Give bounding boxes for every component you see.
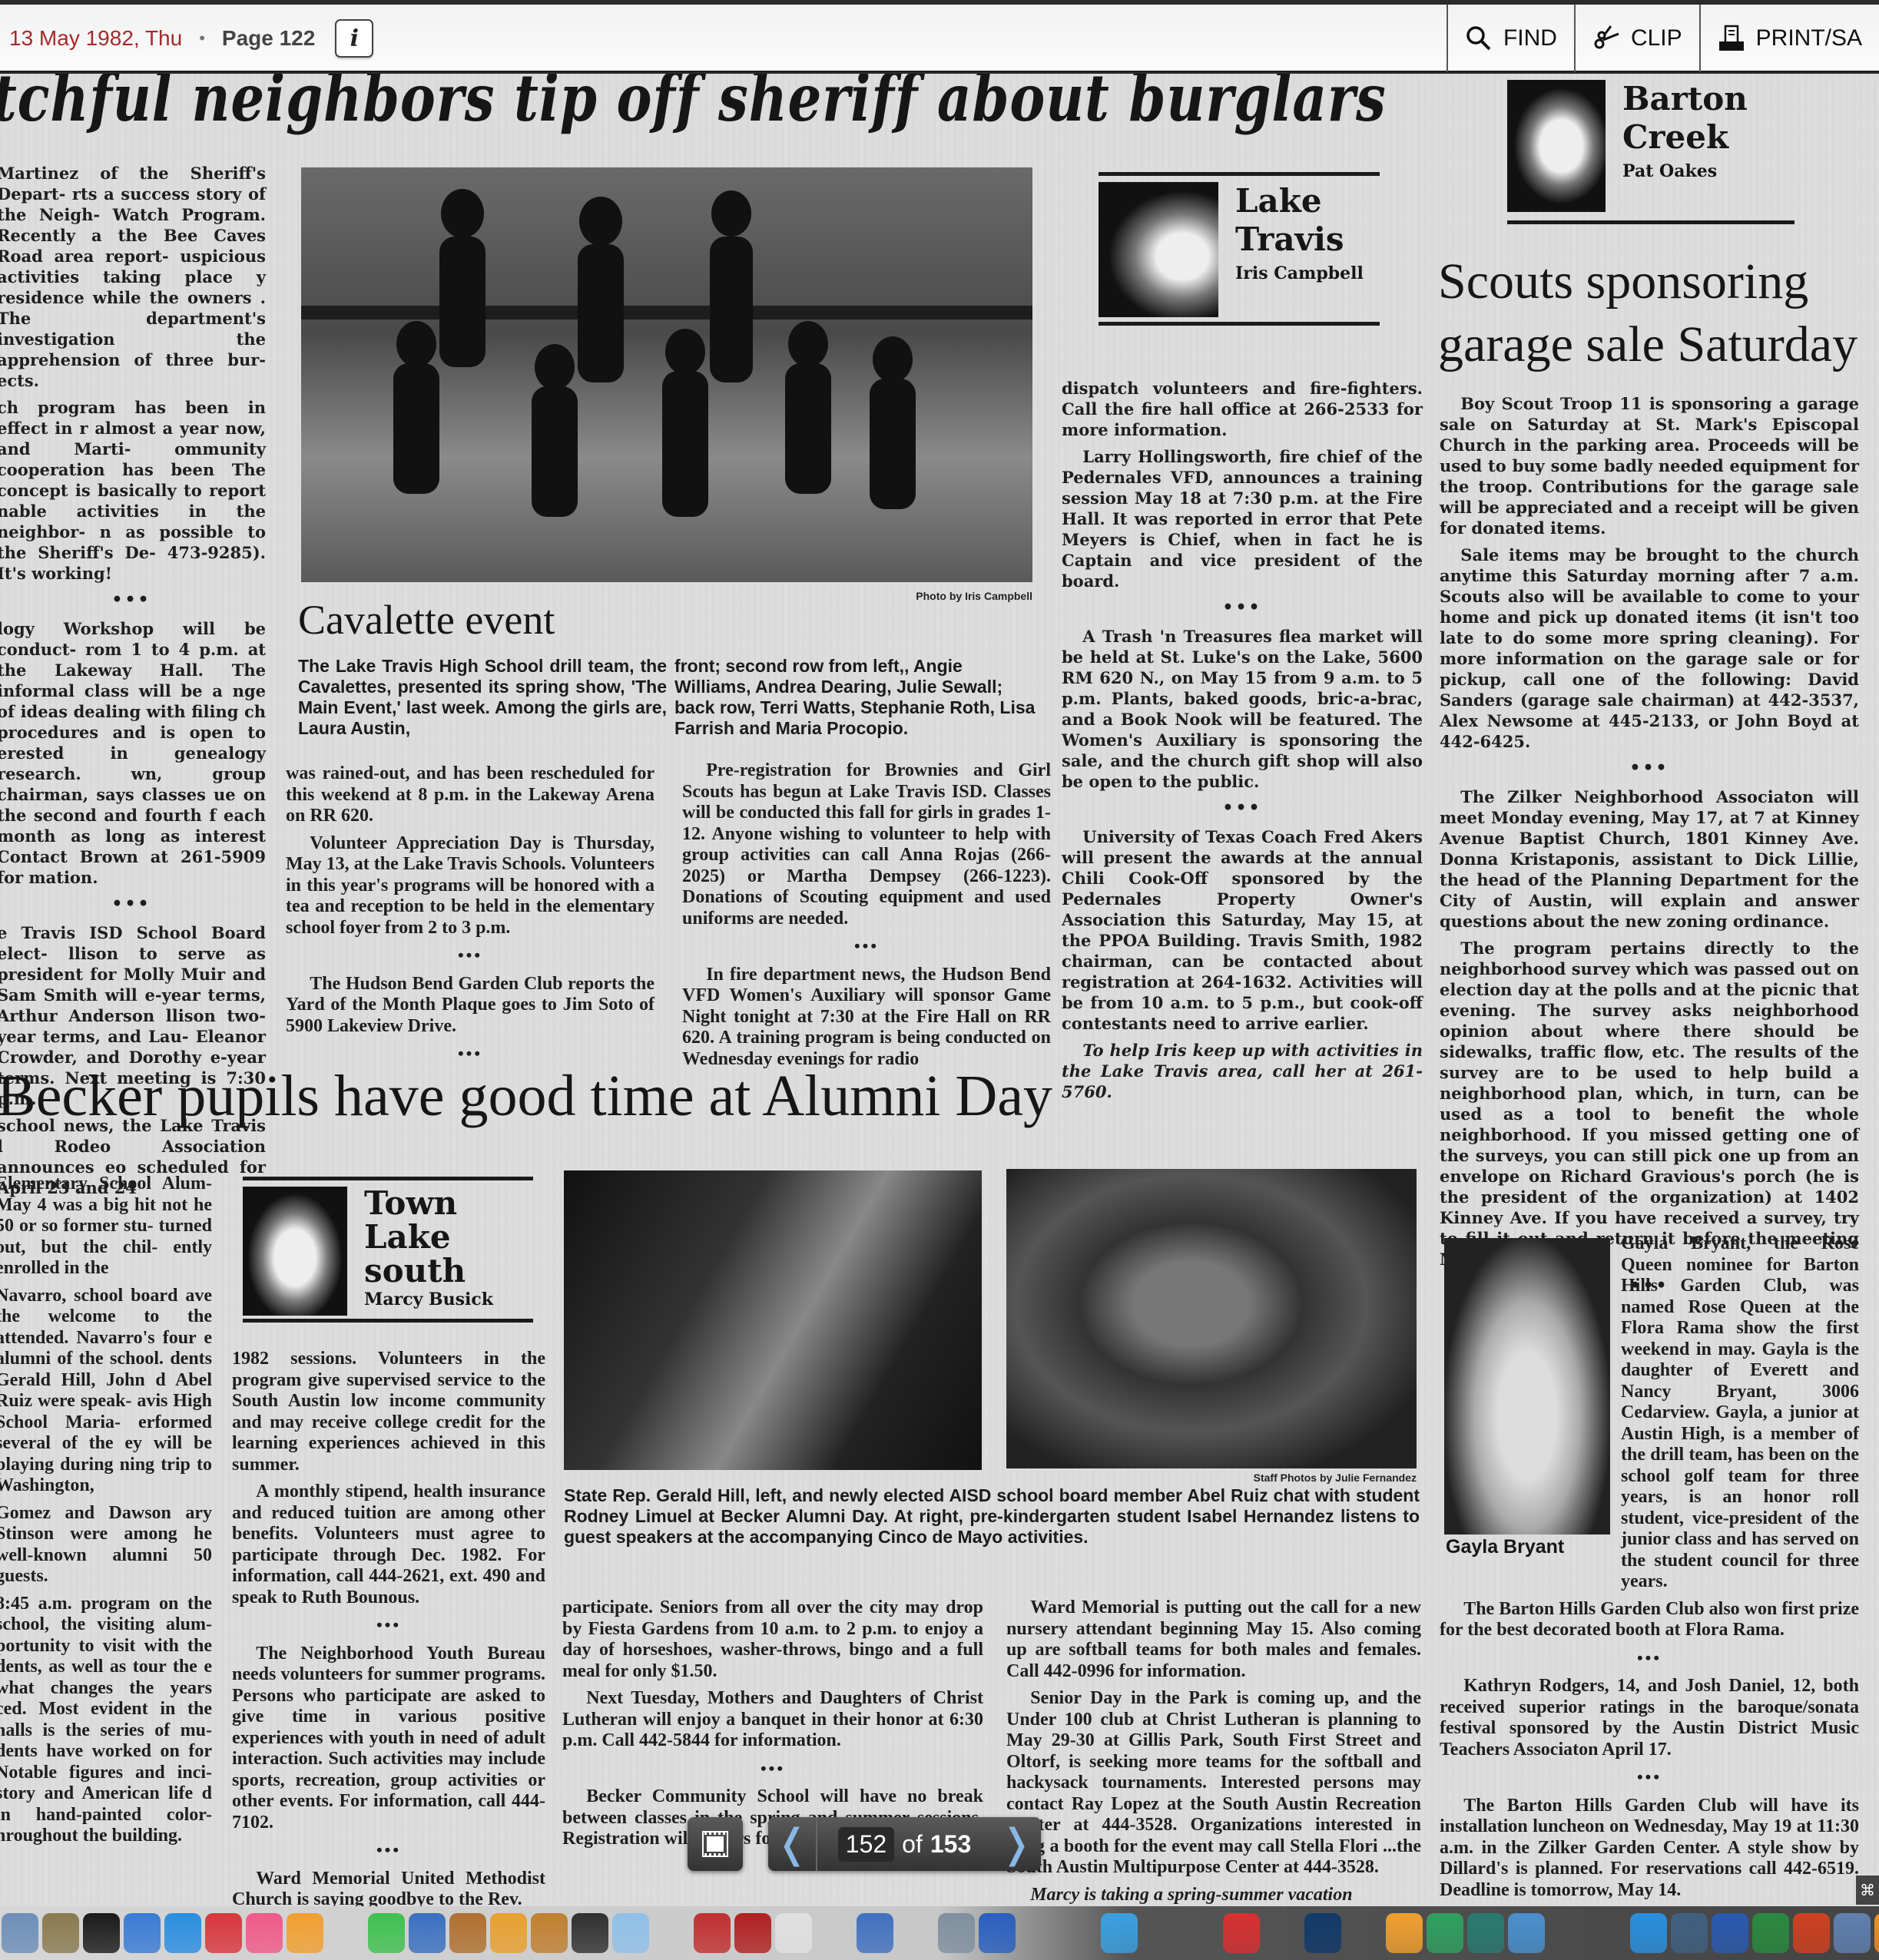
clip-button[interactable]: CLIP bbox=[1574, 5, 1699, 72]
page-of-label: of bbox=[902, 1830, 923, 1859]
paragraph: Larry Hollingsworth, fire chief of the P… bbox=[1062, 446, 1423, 591]
paragraph: Ward Memorial is putting out the call fo… bbox=[1006, 1597, 1421, 1682]
section-separator: ••• bbox=[0, 590, 266, 611]
dock-app-icon[interactable] bbox=[1549, 1913, 1586, 1953]
dock-app-icon[interactable] bbox=[42, 1913, 79, 1953]
dock-app-icon[interactable] bbox=[938, 1913, 975, 1953]
dock-app-icon[interactable] bbox=[1752, 1913, 1789, 1953]
chevron-right-icon: ❭ bbox=[999, 1821, 1033, 1867]
paragraph: ch program has been in effect in r almos… bbox=[0, 397, 266, 584]
dock-app-icon[interactable] bbox=[816, 1913, 853, 1953]
dock-app-icon[interactable] bbox=[327, 1913, 364, 1953]
dock-app-icon[interactable] bbox=[734, 1913, 771, 1953]
dock-app-icon[interactable] bbox=[1467, 1913, 1504, 1953]
dock-app-icon[interactable] bbox=[1508, 1913, 1545, 1953]
photo-isabel-hernandez bbox=[1006, 1169, 1417, 1468]
paragraph: The Barton Hills Garden Club will have i… bbox=[1440, 1796, 1859, 1902]
filmstrip-toggle-button[interactable] bbox=[688, 1817, 743, 1871]
column-title: Lake bbox=[1235, 182, 1364, 220]
paragraph: A monthly stipend, health insurance and … bbox=[232, 1482, 545, 1608]
dock-app-icon[interactable] bbox=[1345, 1913, 1382, 1953]
section-separator: ••• bbox=[232, 1614, 545, 1636]
article-barton-creek-column: Boy Scout Troop 11 is sponsoring a garag… bbox=[1440, 393, 1859, 1304]
paragraph: Sale items may be brought to the church … bbox=[1440, 545, 1859, 752]
columnist-byline: Pat Oakes bbox=[1622, 161, 1748, 181]
viewer-toolbar: 13 May 1982, Thu • Page 122 i FIND CLIP … bbox=[0, 5, 1879, 72]
columnist-photo-marcy-busick bbox=[243, 1187, 347, 1316]
photo-credit: Staff Photos by Julie Fernandez bbox=[1075, 1472, 1417, 1484]
column-header-lake-travis: Lake Travis Iris Campbell bbox=[1099, 172, 1380, 326]
dock-app-icon[interactable] bbox=[1223, 1913, 1260, 1953]
dock-app-icon[interactable] bbox=[83, 1913, 120, 1953]
section-separator: ••• bbox=[1062, 798, 1423, 819]
column-title: Town bbox=[364, 1187, 493, 1220]
drill-team-silhouettes bbox=[301, 167, 1032, 582]
macos-dock bbox=[0, 1906, 1879, 1960]
article-lake-travis-col2: Pre-registration for Brownies and Girl S… bbox=[682, 760, 1051, 1076]
photo-cavalettes-drill-team bbox=[301, 167, 1032, 582]
dock-app-icon[interactable] bbox=[409, 1913, 446, 1953]
article-town-lake-column: 1982 sessions. Volunteers in the program… bbox=[232, 1349, 545, 1906]
dock-app-icon[interactable] bbox=[775, 1913, 812, 1953]
find-button[interactable]: FIND bbox=[1447, 5, 1574, 72]
section-separator: ••• bbox=[1440, 1766, 1859, 1788]
paragraph: Pre-registration for Brownies and Girl S… bbox=[682, 760, 1051, 929]
paragraph: A Trash 'n Treasures flea market will be… bbox=[1062, 626, 1423, 792]
dock-app-icon[interactable] bbox=[857, 1913, 893, 1953]
dock-app-icon[interactable] bbox=[1427, 1913, 1463, 1953]
dock-app-icon[interactable] bbox=[572, 1913, 608, 1953]
chevron-left-icon: ❬ bbox=[775, 1821, 809, 1867]
dock-app-icon[interactable] bbox=[612, 1913, 649, 1953]
paragraph: 1982 sessions. Volunteers in the program… bbox=[232, 1349, 545, 1475]
paragraph: Senior Day in the Park is coming up, and… bbox=[1006, 1688, 1421, 1879]
dock-app-icon[interactable] bbox=[1304, 1913, 1341, 1953]
column-title: south bbox=[364, 1254, 493, 1288]
paragraph: Navarro, school board ave the welcome to… bbox=[0, 1286, 212, 1497]
paragraph: University of Texas Coach Fred Akers wil… bbox=[1062, 826, 1423, 1034]
photo-caption-becker: State Rep. Gerald Hill, left, and newly … bbox=[564, 1485, 1420, 1548]
scissors-icon bbox=[1592, 25, 1620, 52]
paragraph: The Neighborhood Youth Bureau needs volu… bbox=[232, 1644, 545, 1834]
dock-app-icon[interactable] bbox=[694, 1913, 731, 1953]
paragraph: The Zilker Neighborhood Associaton will … bbox=[1440, 786, 1859, 932]
section-separator: ••• bbox=[0, 894, 266, 915]
paragraph: Martinez of the Sheriff's Depart- rts a … bbox=[0, 163, 266, 391]
dock-app-icon[interactable] bbox=[368, 1913, 405, 1953]
dock-app-icon[interactable] bbox=[1671, 1913, 1708, 1953]
paragraph: Elementary School Alum- May 4 was a big … bbox=[0, 1174, 212, 1280]
dock-app-icon[interactable] bbox=[2, 1913, 38, 1953]
paragraph: Next Tuesday, Mothers and Daughters of C… bbox=[562, 1688, 983, 1752]
article-lake-travis-col1: was rained-out, and has been rescheduled… bbox=[286, 763, 655, 1072]
columnist-byline: Marcy Busick bbox=[364, 1290, 493, 1309]
dock-app-icon[interactable] bbox=[1793, 1913, 1830, 1953]
info-icon: i bbox=[350, 25, 359, 52]
paragraph: Ward Memorial United Methodist Church is… bbox=[232, 1869, 545, 1907]
page-counter: 152 of 153 bbox=[817, 1827, 992, 1862]
dock-app-icon[interactable] bbox=[164, 1913, 201, 1953]
column-header-barton-creek: Barton Creek Pat Oakes bbox=[1507, 74, 1794, 224]
paragraph: The program pertains directly to the nei… bbox=[1440, 938, 1859, 1270]
search-icon bbox=[1465, 25, 1493, 52]
columnist-photo-iris-campbell bbox=[1099, 182, 1218, 317]
article-becker-left-col: Elementary School Alum- May 4 was a big … bbox=[0, 1174, 212, 1853]
paragraph: In fire department news, the Hudson Bend… bbox=[682, 965, 1051, 1071]
photo-caption-right: front; second row from left,, Angie Will… bbox=[674, 656, 1036, 739]
dock-app-icon[interactable] bbox=[246, 1913, 283, 1953]
keyboard-shortcut-hint-icon: ⌘ bbox=[1856, 1876, 1879, 1905]
section-separator: ••• bbox=[232, 1839, 545, 1861]
article-becker-right-col: Ward Memorial is putting out the call fo… bbox=[1006, 1597, 1421, 1906]
dock-app-icon[interactable] bbox=[490, 1913, 527, 1953]
article-gayla-bryant: Gayla Bryant, the Rose Queen nominee for… bbox=[1440, 1233, 1859, 1906]
paragraph: was rained-out, and has been rescheduled… bbox=[286, 763, 655, 827]
page-navigator: ❬ 152 of 153 ❭ bbox=[768, 1817, 1041, 1871]
column-title: Barton bbox=[1622, 80, 1748, 118]
dock-app-icon[interactable] bbox=[1630, 1913, 1667, 1953]
section-separator: ••• bbox=[286, 945, 655, 966]
headline-scouts-garage-sale: Scouts sponsoring garage sale Saturday bbox=[1438, 250, 1868, 376]
paragraph: Marcy is taking a spring-summer vacation bbox=[1006, 1885, 1421, 1906]
print-save-button[interactable]: PRINT/SA bbox=[1699, 5, 1879, 72]
dock-app-icon[interactable] bbox=[1712, 1913, 1748, 1953]
dock-app-icon[interactable] bbox=[653, 1913, 690, 1953]
dock-app-icon[interactable] bbox=[1834, 1913, 1871, 1953]
column-header-town-lake-south: Town Lake south Marcy Busick bbox=[243, 1177, 533, 1323]
filmstrip-icon bbox=[700, 1829, 731, 1859]
section-separator: ••• bbox=[1440, 1647, 1859, 1669]
dock-app-icon[interactable] bbox=[287, 1913, 323, 1953]
headline-watchful-neighbors: tchful neighbors tip off sheriff about b… bbox=[0, 74, 1387, 136]
toolbar-actions: FIND CLIP PRINT/SA bbox=[1447, 5, 1879, 72]
headline-becker-alumni-day: Becker pupils have good time at Alumni D… bbox=[0, 1063, 1052, 1130]
column-title: Creek bbox=[1622, 118, 1748, 157]
dock-app-icon[interactable] bbox=[531, 1913, 568, 1953]
paragraph: dispatch volunteers and fire-fighters. C… bbox=[1062, 378, 1423, 440]
dock-app-icon[interactable] bbox=[1101, 1913, 1138, 1953]
column-title: Lake bbox=[364, 1220, 493, 1254]
find-label: FIND bbox=[1503, 25, 1557, 51]
dock-app-icon[interactable] bbox=[1386, 1913, 1423, 1953]
photo-credit: Photo by Iris Campbell bbox=[768, 590, 1032, 602]
paragraph: participate. Seniors from all over the c… bbox=[562, 1597, 983, 1682]
paragraph: logy Workshop will be conduct- rom 1 to … bbox=[0, 618, 266, 888]
columnist-photo-pat-oakes bbox=[1507, 80, 1606, 212]
dock-app-icon[interactable] bbox=[449, 1913, 486, 1953]
paragraph: 8:45 a.m. program on the school, the vis… bbox=[0, 1594, 212, 1847]
section-separator: ••• bbox=[682, 935, 1051, 957]
dock-app-icon[interactable] bbox=[979, 1913, 1016, 1953]
section-separator: ••• bbox=[286, 1043, 655, 1064]
photo-caption-left: The Lake Travis High School drill team, … bbox=[298, 656, 667, 739]
issue-date[interactable]: 13 May 1982, Thu bbox=[9, 26, 182, 51]
print-icon bbox=[1718, 25, 1745, 52]
paragraph: The Hudson Bend Garden Club reports the … bbox=[286, 974, 655, 1038]
print-label: PRINT/SA bbox=[1756, 25, 1862, 51]
paragraph: Gayla Bryant, the Rose Queen nominee for… bbox=[1440, 1233, 1859, 1593]
newspaper-page-image[interactable]: tchful neighbors tip off sheriff about b… bbox=[0, 74, 1879, 1906]
dock-app-icon[interactable] bbox=[124, 1913, 161, 1953]
current-page-input[interactable]: 152 bbox=[838, 1827, 894, 1862]
breadcrumb: 13 May 1982, Thu • Page 122 i bbox=[9, 5, 373, 72]
paragraph: Volunteer Appreciation Day is Thursday, … bbox=[286, 833, 655, 939]
page-number-label: Page 122 bbox=[222, 26, 315, 51]
columnist-byline: Iris Campbell bbox=[1235, 263, 1364, 283]
article-neighborhood-watch: Martinez of the Sheriff's Depart- rts a … bbox=[0, 163, 266, 1204]
dock-app-icon[interactable] bbox=[897, 1913, 934, 1953]
dock-app-icon[interactable] bbox=[1874, 1913, 1879, 1953]
dock-app-icon[interactable] bbox=[1589, 1913, 1626, 1953]
total-pages: 153 bbox=[930, 1830, 971, 1859]
dock-app-icon[interactable] bbox=[1182, 1913, 1219, 1953]
section-separator: ••• bbox=[1062, 598, 1423, 618]
dock-app-icon[interactable] bbox=[1142, 1913, 1178, 1953]
next-page-button[interactable]: ❭ bbox=[992, 1817, 1041, 1871]
dock-app-icon[interactable] bbox=[1060, 1913, 1097, 1953]
dock-app-icon[interactable] bbox=[1019, 1913, 1056, 1953]
paragraph: Kathryn Rodgers, 14, and Josh Daniel, 12… bbox=[1440, 1676, 1859, 1760]
paragraph: Gomez and Dawson ary Stinson were among … bbox=[0, 1503, 212, 1588]
previous-page-button[interactable]: ❬ bbox=[768, 1817, 817, 1871]
section-separator: ••• bbox=[1440, 758, 1859, 779]
paragraph: The Barton Hills Garden Club also won fi… bbox=[1440, 1599, 1859, 1641]
breadcrumb-separator: • bbox=[199, 28, 205, 48]
headline-cavalette-event: Cavalette event bbox=[298, 596, 555, 644]
dock-app-icon[interactable] bbox=[205, 1913, 242, 1953]
paragraph: To help Iris keep up with activities in … bbox=[1062, 1040, 1423, 1102]
section-separator: ••• bbox=[562, 1758, 983, 1780]
column-title: Travis bbox=[1235, 220, 1364, 259]
photo-gerald-hill-abel-ruiz bbox=[564, 1170, 982, 1470]
paragraph: Boy Scout Troop 11 is sponsoring a garag… bbox=[1440, 393, 1859, 538]
clip-label: CLIP bbox=[1631, 25, 1682, 51]
article-lake-travis-column: dispatch volunteers and fire-fighters. C… bbox=[1062, 378, 1423, 1108]
dock-app-icon[interactable] bbox=[1264, 1913, 1301, 1953]
info-button[interactable]: i bbox=[335, 19, 373, 58]
